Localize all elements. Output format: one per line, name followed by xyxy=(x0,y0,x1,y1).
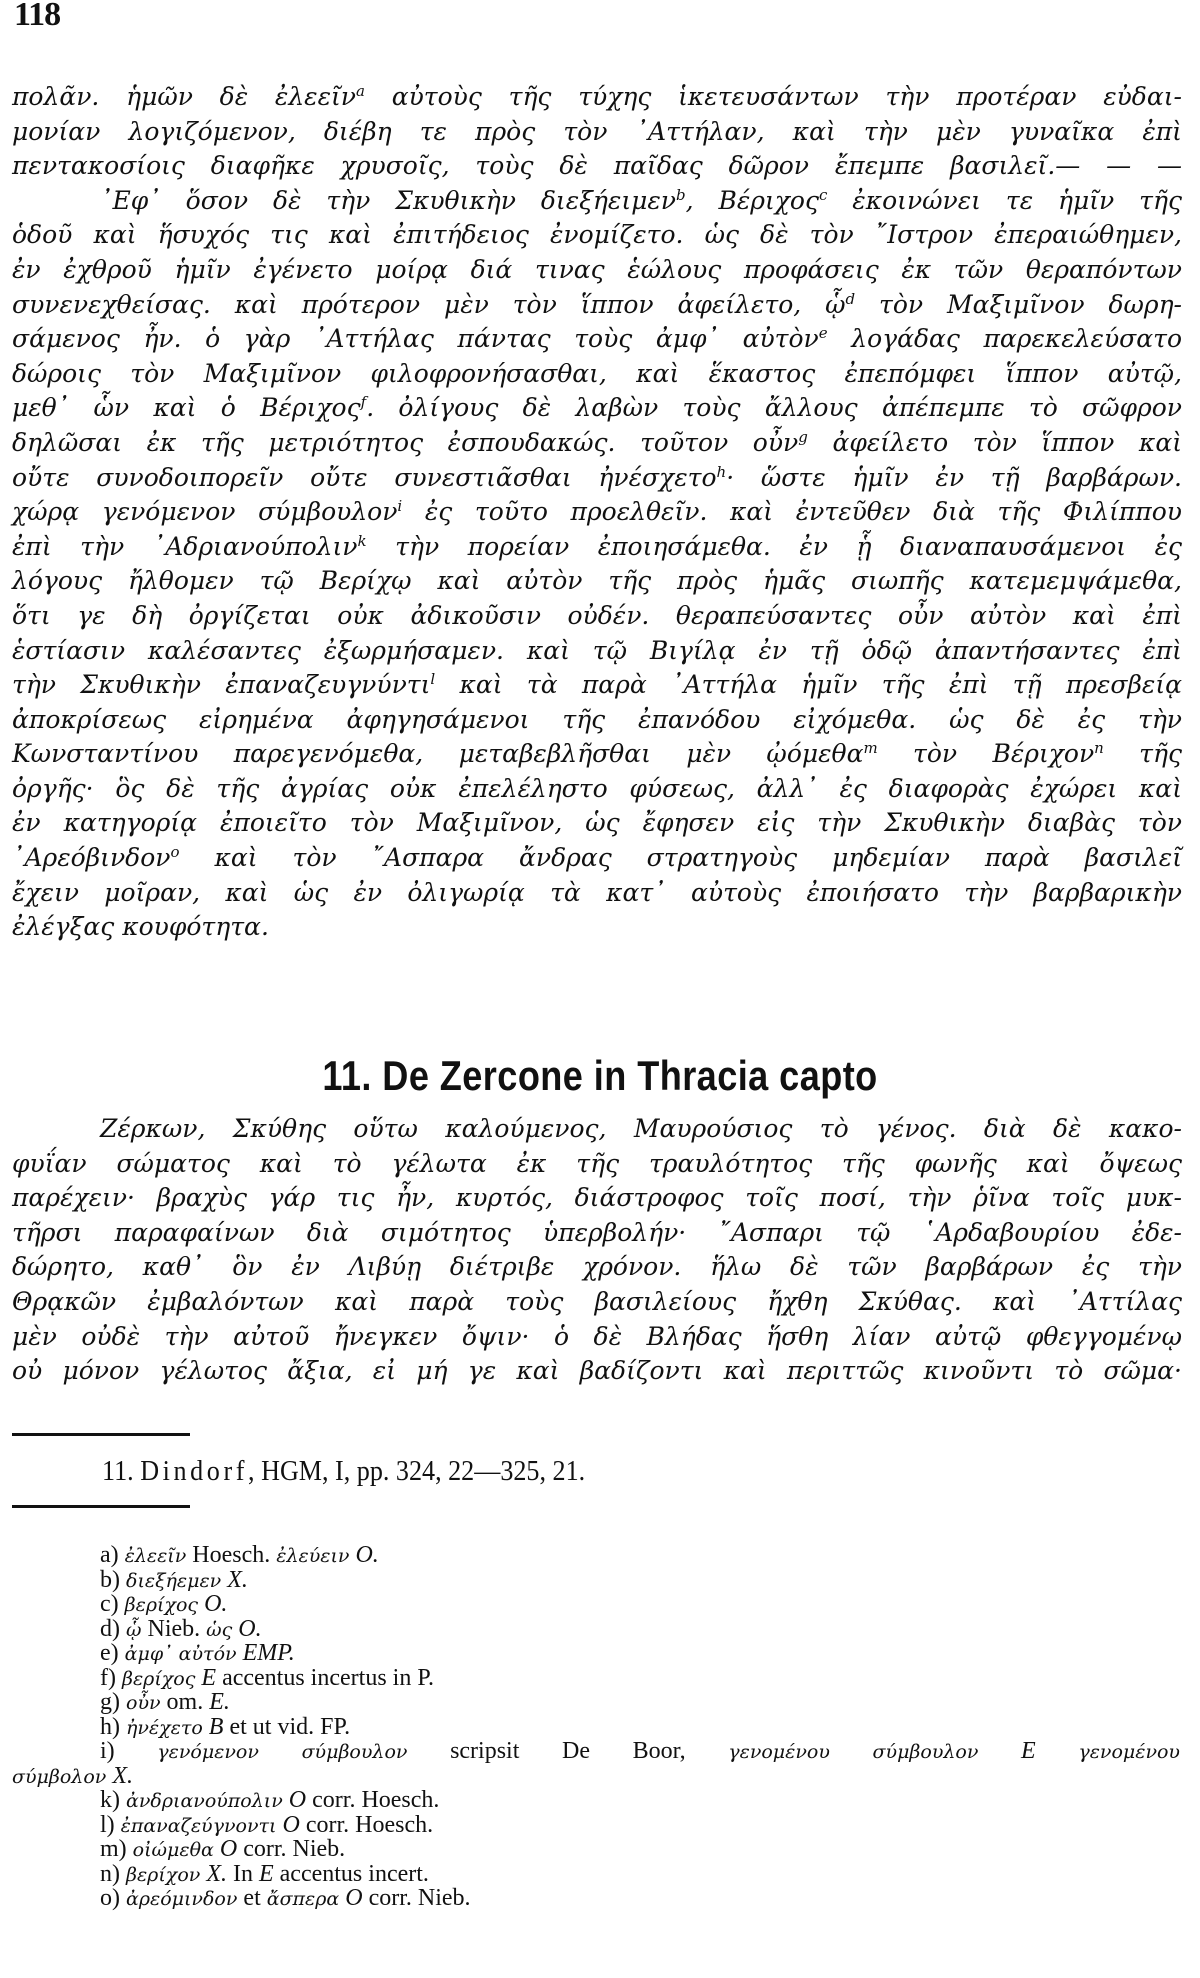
footnote-marker: o xyxy=(170,843,179,861)
footnote-marker: g xyxy=(798,428,808,446)
apparatus-greek: ἀνδριανούπολιν xyxy=(126,1790,283,1812)
text-line: δηλῶσαι ἐκ τῆς μετριότητος ἐσπουδακώς. τ… xyxy=(12,426,1182,461)
apparatus-latin: accentus incert. xyxy=(274,1861,429,1887)
text-line: ἐλέγξας κουφότητα. xyxy=(12,910,1182,945)
apparatus-entry: l) ἐπαναζεύγνοντι O corr. Hoesch. xyxy=(12,1813,1182,1838)
line-text: τὸν Μαξιμῖνον δωρη- xyxy=(855,290,1182,319)
text-line: ἐπὶ τὴν ᾿Αδριανούπολινk τὴν πορείαν ἐποι… xyxy=(12,530,1182,565)
line-text: ἐκοινώνει τε ἡμῖν τῆς xyxy=(827,186,1182,215)
footnote-marker: a xyxy=(356,82,365,100)
apparatus-latin: om. xyxy=(161,1689,210,1715)
apparatus-entry: m) οἰώμεθα O corr. Nieb. xyxy=(12,1837,1182,1862)
text-line: ᾿Αρεόβινδονo καὶ τὸν ῎Ασπαρα ἄνδρας στρα… xyxy=(12,841,1182,876)
line-text: σάμενος ἦν. ὁ γὰρ ᾿Αττήλας πάντας τοὺς ἀ… xyxy=(12,324,819,353)
line-text: παρέχειν· βραχὺς γάρ τις ἦν, κυρτός, διά… xyxy=(12,1183,1182,1212)
text-line: ἐν ἐχθροῦ ἡμῖν ἐγένετο μοίρᾳ διά τινας ἑ… xyxy=(12,253,1182,288)
apparatus-greek: σύμβολον xyxy=(12,1766,106,1788)
line-text: ἐς τοῦτο προελθεῖν. καὶ ἐντεῦθεν διὰ τῆς… xyxy=(402,497,1182,526)
apparatus-entry: f) βερίχος E accentus incertus in P. xyxy=(12,1666,1182,1691)
critical-apparatus: a) ἐλεεῖν Hoesch. ἐλεύειν O.b) διεξήεμεν… xyxy=(12,1543,1182,1911)
apparatus-label: l) xyxy=(100,1812,115,1838)
footnote-divider-top xyxy=(12,1433,190,1436)
apparatus-greek: ἀρεόμινδον xyxy=(126,1888,237,1910)
apparatus-greek: ἠνέχετο xyxy=(126,1717,203,1739)
greek-text-section-10: πολᾶν. ἡμῶν δὲ ἐλεεῖνa αὐτοὺς τῆς τύχης … xyxy=(12,80,1182,945)
text-line: Κωνσταντίνου παρεγενόμεθα, μεταβεβλῆσθαι… xyxy=(12,737,1182,772)
footnote-marker: h xyxy=(717,463,727,481)
line-text: τὴν πορείαν ἐποιησάμεθα. ἐν ᾗ διαναπαυσά… xyxy=(367,532,1182,561)
apparatus-siglum: O. xyxy=(349,1542,378,1568)
apparatus-siglum: E xyxy=(259,1861,274,1887)
apparatus-siglum: E. xyxy=(209,1689,230,1715)
apparatus-latin: accentus incertus in P. xyxy=(216,1665,434,1691)
text-line: Θρᾳκῶν ἐμβαλόντων καὶ παρὰ τοὺς βασιλείο… xyxy=(12,1285,1182,1320)
apparatus-siglum: X. xyxy=(200,1861,227,1887)
apparatus-latin: scripsit De Boor, xyxy=(407,1738,728,1764)
text-line: ἔχειν μοῖραν, καὶ ὡς ἐν ὀλιγωρίᾳ τὰ κατ᾿… xyxy=(12,876,1182,911)
text-line: μὲν οὐδὲ τὴν αὐτοῦ ἤνεγκεν ὄψιν· ὁ δὲ Βλ… xyxy=(12,1320,1182,1355)
apparatus-siglum: O xyxy=(283,1787,306,1813)
apparatus-entry: h) ἠνέχετο B et ut vid. FP. xyxy=(12,1715,1182,1740)
footnote-marker: k xyxy=(358,532,367,550)
source-author: Dindorf xyxy=(140,1455,248,1487)
apparatus-latin: Nieb. xyxy=(142,1616,207,1642)
apparatus-greek: ᾧ xyxy=(126,1619,142,1641)
line-text: ἐλέγξας κουφότητα. xyxy=(12,912,269,941)
apparatus-siglum: O xyxy=(214,1836,237,1862)
apparatus-label: h) xyxy=(100,1714,120,1740)
apparatus-latin: et xyxy=(237,1885,266,1911)
apparatus-latin: corr. Hoesch. xyxy=(300,1812,433,1838)
apparatus-latin: corr. Nieb. xyxy=(237,1836,345,1862)
text-line: μονίαν λογιζόμενον, διέβη τε πρὸς τὸν ᾿Α… xyxy=(12,115,1182,150)
line-text: συνενεχθείσας. καὶ πρότερον μὲν τὸν ἵππο… xyxy=(12,290,846,319)
apparatus-greek: ἐλεεῖν xyxy=(125,1545,187,1567)
apparatus-label: b) xyxy=(100,1567,120,1593)
apparatus-latin: et ut vid. FP. xyxy=(223,1714,350,1740)
apparatus-greek: βερίχον xyxy=(126,1864,200,1886)
apparatus-siglum: X. xyxy=(221,1567,248,1593)
section-heading: 11. De Zercone in Thracia capto xyxy=(84,1052,1116,1100)
apparatus-label: f) xyxy=(100,1665,116,1691)
line-text: Ζέρκων, Σκύθης οὕτω καλούμενος, Μαυρούσι… xyxy=(100,1114,1182,1143)
apparatus-siglum: O xyxy=(339,1885,362,1911)
line-text: ᾿Εφ᾿ ὅσον δὲ τὴν Σκυθικὴν διεξήειμεν xyxy=(100,186,676,215)
apparatus-greek: ἄσπερα xyxy=(267,1888,339,1910)
text-line: ᾿Εφ᾿ ὅσον δὲ τὴν Σκυθικὴν διεξήειμενb, Β… xyxy=(12,184,1182,219)
apparatus-label: n) xyxy=(100,1861,120,1887)
text-line: ἀποκρίσεως εἰρημένα ἀφηγησάμενοι τῆς ἐπα… xyxy=(12,703,1182,738)
page-number: 118 xyxy=(14,0,60,34)
apparatus-greek: οὖν xyxy=(126,1692,161,1714)
line-text: χώρᾳ γενόμενον σύμβουλον xyxy=(12,497,397,526)
apparatus-greek: ἀμφ᾿ αὐτόν xyxy=(125,1643,237,1665)
apparatus-latin: corr. Nieb. xyxy=(363,1885,471,1911)
line-text: δώροις τὸν Μαξιμῖνον φιλοφρονήσασθαι, κα… xyxy=(12,359,1182,388)
apparatus-siglum: B xyxy=(203,1714,224,1740)
text-line: χώρᾳ γενόμενον σύμβουλονi ἐς τοῦτο προελ… xyxy=(12,495,1182,530)
footnote-marker: b xyxy=(676,186,686,204)
line-text: ὁδοῦ καὶ ἥσυχός τις καὶ ἐπιτήδειος ἐνομί… xyxy=(12,220,1182,249)
apparatus-label: o) xyxy=(100,1885,120,1911)
line-text: ὀργῆς· ὃς δὲ τῆς ἀγρίας οὐκ ἐπελέληστο φ… xyxy=(12,774,1182,803)
apparatus-label: c) xyxy=(100,1591,119,1617)
text-line: οὐ μόνον γέλωτος ἄξια, εἰ μή γε καὶ βαδί… xyxy=(12,1354,1182,1389)
apparatus-entry: g) οὖν om. E. xyxy=(12,1690,1182,1715)
apparatus-label: e) xyxy=(100,1640,119,1666)
apparatus-entry: c) βερίχος O. xyxy=(12,1592,1182,1617)
apparatus-siglum: E xyxy=(195,1665,216,1691)
apparatus-siglum: E xyxy=(978,1738,1035,1764)
text-line: ἐν κατηγορίᾳ ἐποιεῖτο τὸν Μαξιμῖνον, ὡς … xyxy=(12,806,1182,841)
apparatus-entry: a) ἐλεεῖν Hoesch. ἐλεύειν O. xyxy=(12,1543,1182,1568)
line-text: μὲν οὐδὲ τὴν αὐτοῦ ἤνεγκεν ὄψιν· ὁ δὲ Βλ… xyxy=(12,1322,1182,1351)
footnote-divider-bottom xyxy=(12,1505,190,1508)
line-text: μονίαν λογιζόμενον, διέβη τε πρὸς τὸν ᾿Α… xyxy=(12,117,1182,146)
apparatus-greek: βερίχος xyxy=(122,1668,195,1690)
apparatus-entry: i) γενόμενον σύμβουλον scripsit De Boor,… xyxy=(12,1739,1180,1764)
text-line: δώροις τὸν Μαξιμῖνον φιλοφρονήσασθαι, κα… xyxy=(12,357,1182,392)
apparatus-entry: b) διεξήεμεν X. xyxy=(12,1568,1182,1593)
apparatus-greek: οἰώμεθα xyxy=(133,1839,214,1861)
apparatus-entry: d) ᾧ Nieb. ὡς O. xyxy=(12,1617,1182,1642)
line-text: δώρητο, καθ᾿ ὃν ἐν Λιβύῃ διέτριβε χρόνον… xyxy=(12,1252,1182,1281)
line-text: πεντακοσίοις διαφῆκε χρυσοῖς, τοὺς δὲ πα… xyxy=(12,151,1182,180)
text-line: ὀργῆς· ὃς δὲ τῆς ἀγρίας οὐκ ἐπελέληστο φ… xyxy=(12,772,1182,807)
line-text: ὅτι γε δὴ ὀργίζεται οὐκ ἀδικοῦσιν οὐδέν.… xyxy=(12,601,1182,630)
apparatus-label: a) xyxy=(100,1542,119,1568)
line-text: λόγους ἤλθομεν τῷ Βερίχῳ καὶ αὐτὸν τῆς π… xyxy=(12,566,1182,595)
apparatus-siglum: O xyxy=(276,1812,299,1838)
apparatus-greek: γενομένου xyxy=(1036,1741,1180,1763)
apparatus-greek: βερίχος xyxy=(125,1594,198,1616)
line-text: τῆρσι παραφαίνων διὰ σιμότητος ὑπερβολήν… xyxy=(12,1218,1182,1247)
text-line: πεντακοσίοις διαφῆκε χρυσοῖς, τοὺς δὲ πα… xyxy=(12,149,1182,184)
apparatus-entry: o) ἀρεόμινδον et ἄσπερα O corr. Nieb. xyxy=(12,1886,1182,1911)
apparatus-entry: σύμβολον X. xyxy=(12,1764,1182,1789)
apparatus-greek: γενομένου σύμβουλον xyxy=(728,1741,978,1763)
apparatus-label: g) xyxy=(100,1689,120,1715)
apparatus-latin: Hoesch. xyxy=(186,1542,276,1568)
line-text: ἐπὶ τὴν ᾿Αδριανούπολιν xyxy=(12,532,358,561)
apparatus-label: i) xyxy=(100,1738,115,1764)
text-line: λόγους ἤλθομεν τῷ Βερίχῳ καὶ αὐτὸν τῆς π… xyxy=(12,564,1182,599)
text-line: ἑστίασιν καλέσαντες ἐξωρμήσαμεν. καὶ τῷ … xyxy=(12,634,1182,669)
line-text: Κωνσταντίνου παρεγενόμεθα, μεταβεβλῆσθαι… xyxy=(12,739,863,768)
apparatus-greek: ὡς xyxy=(206,1619,232,1641)
text-line: παρέχειν· βραχὺς γάρ τις ἦν, κυρτός, διά… xyxy=(12,1181,1182,1216)
apparatus-greek: ἐλεύειν xyxy=(276,1545,349,1567)
line-text: δηλῶσαι ἐκ τῆς μετριότητος ἐσπουδακώς. τ… xyxy=(12,428,798,457)
line-text: . ὀλίγους δὲ λαβὼν τοὺς ἄλλους ἀπέπεμπε … xyxy=(366,393,1182,422)
text-line: τῆρσι παραφαίνων διὰ σιμότητος ὑπερβολήν… xyxy=(12,1216,1182,1251)
apparatus-greek: γενόμενον σύμβουλον xyxy=(157,1741,407,1763)
footnote-marker: m xyxy=(863,739,877,757)
apparatus-siglum: O. xyxy=(198,1591,227,1617)
text-line: συνενεχθείσας. καὶ πρότερον μὲν τὸν ἵππο… xyxy=(12,288,1182,323)
line-text: ἑστίασιν καλέσαντες ἐξωρμήσαμεν. καὶ τῷ … xyxy=(12,636,1182,665)
line-text: ᾿Αρεόβινδον xyxy=(12,843,170,872)
text-line: σάμενος ἦν. ὁ γὰρ ᾿Αττήλας πάντας τοὺς ἀ… xyxy=(12,322,1182,357)
line-text: λογάδας παρεκελεύσατο xyxy=(828,324,1182,353)
text-line: μεθ᾿ ὧν καὶ ὁ Βέριχοςf. ὀλίγους δὲ λαβὼν… xyxy=(12,391,1182,426)
line-text: πολᾶν. ἡμῶν δὲ ἐλεεῖν xyxy=(12,82,356,111)
apparatus-greek: διεξήεμεν xyxy=(126,1570,221,1592)
line-text: Θρᾳκῶν ἐμβαλόντων καὶ παρὰ τοὺς βασιλείο… xyxy=(12,1287,1182,1316)
apparatus-entry: n) βερίχον X. In E accentus incert. xyxy=(12,1862,1182,1887)
apparatus-siglum: X. xyxy=(106,1763,133,1789)
line-text: , Βέριχος xyxy=(686,186,819,215)
apparatus-latin: corr. Hoesch. xyxy=(306,1787,439,1813)
apparatus-siglum: EMP. xyxy=(237,1640,295,1666)
line-text: μεθ᾿ ὧν καὶ ὁ Βέριχος xyxy=(12,393,361,422)
line-text: καὶ τὸν ῎Ασπαρα ἄνδρας στρατηγοὺς μηδεμί… xyxy=(180,843,1182,872)
apparatus-entry: e) ἀμφ᾿ αὐτόν EMP. xyxy=(12,1641,1182,1666)
apparatus-greek: ἐπαναζεύγνοντι xyxy=(121,1815,277,1837)
apparatus-label: k) xyxy=(100,1787,120,1813)
footnote-marker: d xyxy=(846,290,856,308)
text-line: δώρητο, καθ᾿ ὃν ἐν Λιβύῃ διέτριβε χρόνον… xyxy=(12,1250,1182,1285)
footnote-marker: e xyxy=(819,324,828,342)
line-text: καὶ τὰ παρὰ ᾿Αττήλα ἡμῖν τῆς ἐπὶ τῇ πρεσ… xyxy=(435,670,1182,699)
greek-text-section-11: Ζέρκων, Σκύθης οὕτω καλούμενος, Μαυρούσι… xyxy=(12,1112,1182,1389)
line-text: ἔχειν μοῖραν, καὶ ὡς ἐν ὀλιγωρίᾳ τὰ κατ᾿… xyxy=(12,878,1182,907)
line-text: οὐ μόνον γέλωτος ἄξια, εἰ μή γε καὶ βαδί… xyxy=(12,1356,1182,1385)
text-line: φυΐαν σώματος καὶ τὸ γέλωτα ἐκ τῆς τραυλ… xyxy=(12,1147,1182,1182)
source-reference: 11. Dindorf, HGM, I, pp. 324, 22—325, 21… xyxy=(102,1455,585,1488)
line-text: οὔτε συνοδοιπορεῖν οὔτε συνεστιᾶσθαι ἠνέ… xyxy=(12,463,717,492)
source-citation: , HGM, I, pp. 324, 22—325, 21. xyxy=(248,1455,585,1487)
apparatus-entry: k) ἀνδριανούπολιν O corr. Hoesch. xyxy=(12,1788,1182,1813)
text-line: ὅτι γε δὴ ὀργίζεται οὐκ ἀδικοῦσιν οὐδέν.… xyxy=(12,599,1182,634)
line-text: ἐν ἐχθροῦ ἡμῖν ἐγένετο μοίρᾳ διά τινας ἑ… xyxy=(12,255,1182,284)
line-text: τὴν Σκυθικὴν ἐπαναζευγνύντι xyxy=(12,670,430,699)
line-text: ἀποκρίσεως εἰρημένα ἀφηγησάμενοι τῆς ἐπα… xyxy=(12,705,1182,734)
text-line: πολᾶν. ἡμῶν δὲ ἐλεεῖνa αὐτοὺς τῆς τύχης … xyxy=(12,80,1182,115)
apparatus-label: m) xyxy=(100,1836,127,1862)
line-text: αὐτοὺς τῆς τύχης ἱκετευσάντων τὴν προτέρ… xyxy=(365,82,1182,111)
line-text: ἐν κατηγορίᾳ ἐποιεῖτο τὸν Μαξιμῖνον, ὡς … xyxy=(12,808,1182,837)
apparatus-latin: In xyxy=(227,1861,259,1887)
text-line: οὔτε συνοδοιπορεῖν οὔτε συνεστιᾶσθαι ἠνέ… xyxy=(12,461,1182,496)
line-text: · ὥστε ἡμῖν ἐν τῇ βαρβάρων. xyxy=(726,463,1182,492)
apparatus-label: d) xyxy=(100,1616,120,1642)
source-number: 11. xyxy=(102,1455,134,1487)
line-text: ἀφείλετο τὸν ἵππον καὶ xyxy=(808,428,1182,457)
line-text: τῆς xyxy=(1104,739,1182,768)
line-text: τὸν Βέριχον xyxy=(878,739,1094,768)
apparatus-siglum: O. xyxy=(232,1616,261,1642)
line-text: φυΐαν σώματος καὶ τὸ γέλωτα ἐκ τῆς τραυλ… xyxy=(12,1149,1182,1178)
text-line: Ζέρκων, Σκύθης οὕτω καλούμενος, Μαυρούσι… xyxy=(12,1112,1182,1147)
text-line: ὁδοῦ καὶ ἥσυχός τις καὶ ἐπιτήδειος ἐνομί… xyxy=(12,218,1182,253)
text-line: τὴν Σκυθικὴν ἐπαναζευγνύντιl καὶ τὰ παρὰ… xyxy=(12,668,1182,703)
footnote-marker: n xyxy=(1094,739,1104,757)
